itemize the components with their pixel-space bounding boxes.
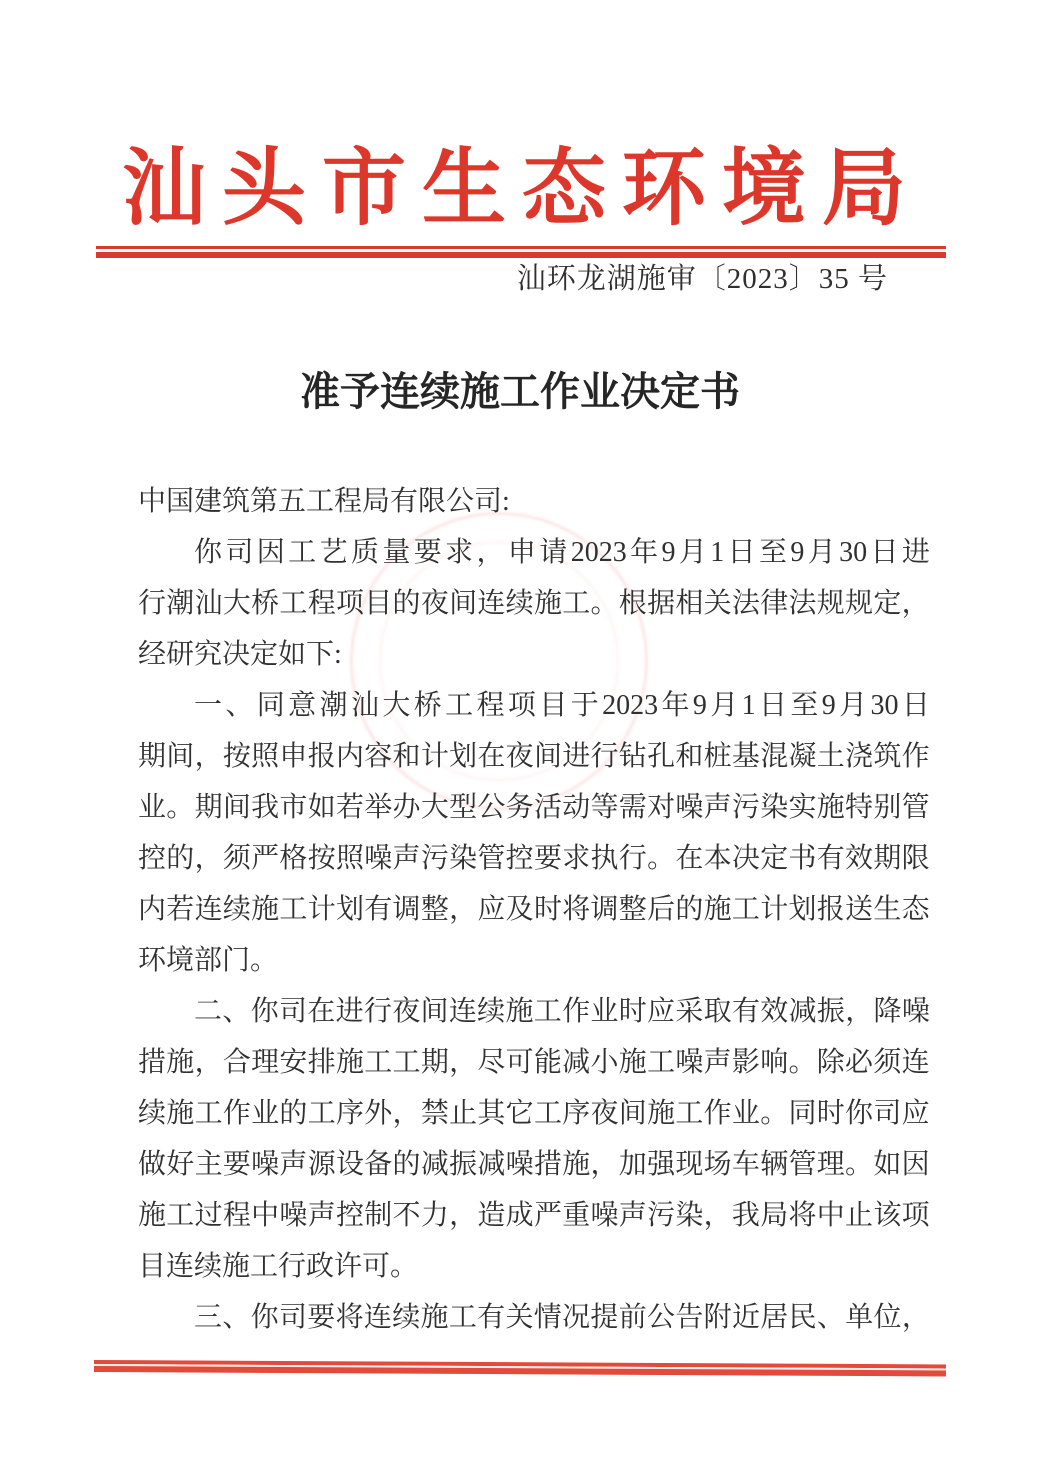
agency-name-char: 环 — [622, 146, 706, 234]
agency-name-char: 境 — [722, 146, 806, 234]
page-bottom-divider — [94, 1360, 946, 1376]
document-number: 汕环龙湖施审〔2023〕35 号 — [517, 263, 888, 295]
agency-name-char: 局 — [822, 146, 906, 234]
body-line: 控的，须严格按照噪声污染管控要求执行。在本决定书有效期限 — [138, 833, 930, 884]
body-line: 目连续施工行政许可。 — [138, 1241, 930, 1292]
body-line: 内若连续施工计划有调整，应及时将调整后的施工计划报送生态 — [138, 884, 930, 935]
agency-name-char: 市 — [322, 146, 406, 234]
body-line: 二、你司在进行夜间连续施工作业时应采取有效减振，降噪 — [138, 986, 930, 1037]
document-title: 准予连续施工作业决定书 — [0, 368, 1040, 416]
body-line: 期间，按照申报内容和计划在夜间进行钻孔和桩基混凝土浇筑作 — [138, 731, 930, 782]
body-line: 一、同意潮汕大桥工程项目于2023年9月1日至9月30日 — [138, 680, 930, 731]
body-line: 中国建筑第五工程局有限公司: — [138, 476, 930, 527]
body-line: 续施工作业的工序外，禁止其它工序夜间施工作业。同时你司应 — [138, 1088, 930, 1139]
agency-name: 汕头市生态环境局 — [122, 146, 906, 234]
body-line: 三、你司要将连续施工有关情况提前公告附近居民、单位， — [138, 1292, 930, 1343]
letterhead-divider-thin-line — [96, 246, 946, 249]
letterhead-divider-thick-line — [96, 252, 946, 258]
body-line: 环境部门。 — [138, 935, 930, 986]
body-line: 措施，合理安排施工工期，尽可能减小施工噪声影响。除必须连 — [138, 1037, 930, 1088]
body-line: 你司因工艺质量要求，申请2023年9月1日至9月30日进 — [138, 527, 930, 578]
agency-name-char: 态 — [522, 146, 606, 234]
letterhead-divider — [96, 246, 946, 258]
body-line: 经研究决定如下: — [138, 629, 930, 680]
document-page: 汕头市生态环境局 汕环龙湖施审〔2023〕35 号 准予连续施工作业决定书 中国… — [0, 0, 1040, 1470]
agency-name-char: 生 — [422, 146, 506, 234]
body-line: 行潮汕大桥工程项目的夜间连续施工。根据相关法律法规规定， — [138, 578, 930, 629]
agency-name-char: 头 — [222, 146, 306, 234]
agency-name-char: 汕 — [122, 146, 206, 234]
body-line: 业。期间我市如若举办大型公务活动等需对噪声污染实施特别管 — [138, 782, 930, 833]
document-body: 中国建筑第五工程局有限公司:你司因工艺质量要求，申请2023年9月1日至9月30… — [138, 476, 930, 1343]
body-line: 施工过程中噪声控制不力，造成严重噪声污染，我局将中止该项 — [138, 1190, 930, 1241]
body-line: 做好主要噪声源设备的减振减噪措施，加强现场车辆管理。如因 — [138, 1139, 930, 1190]
